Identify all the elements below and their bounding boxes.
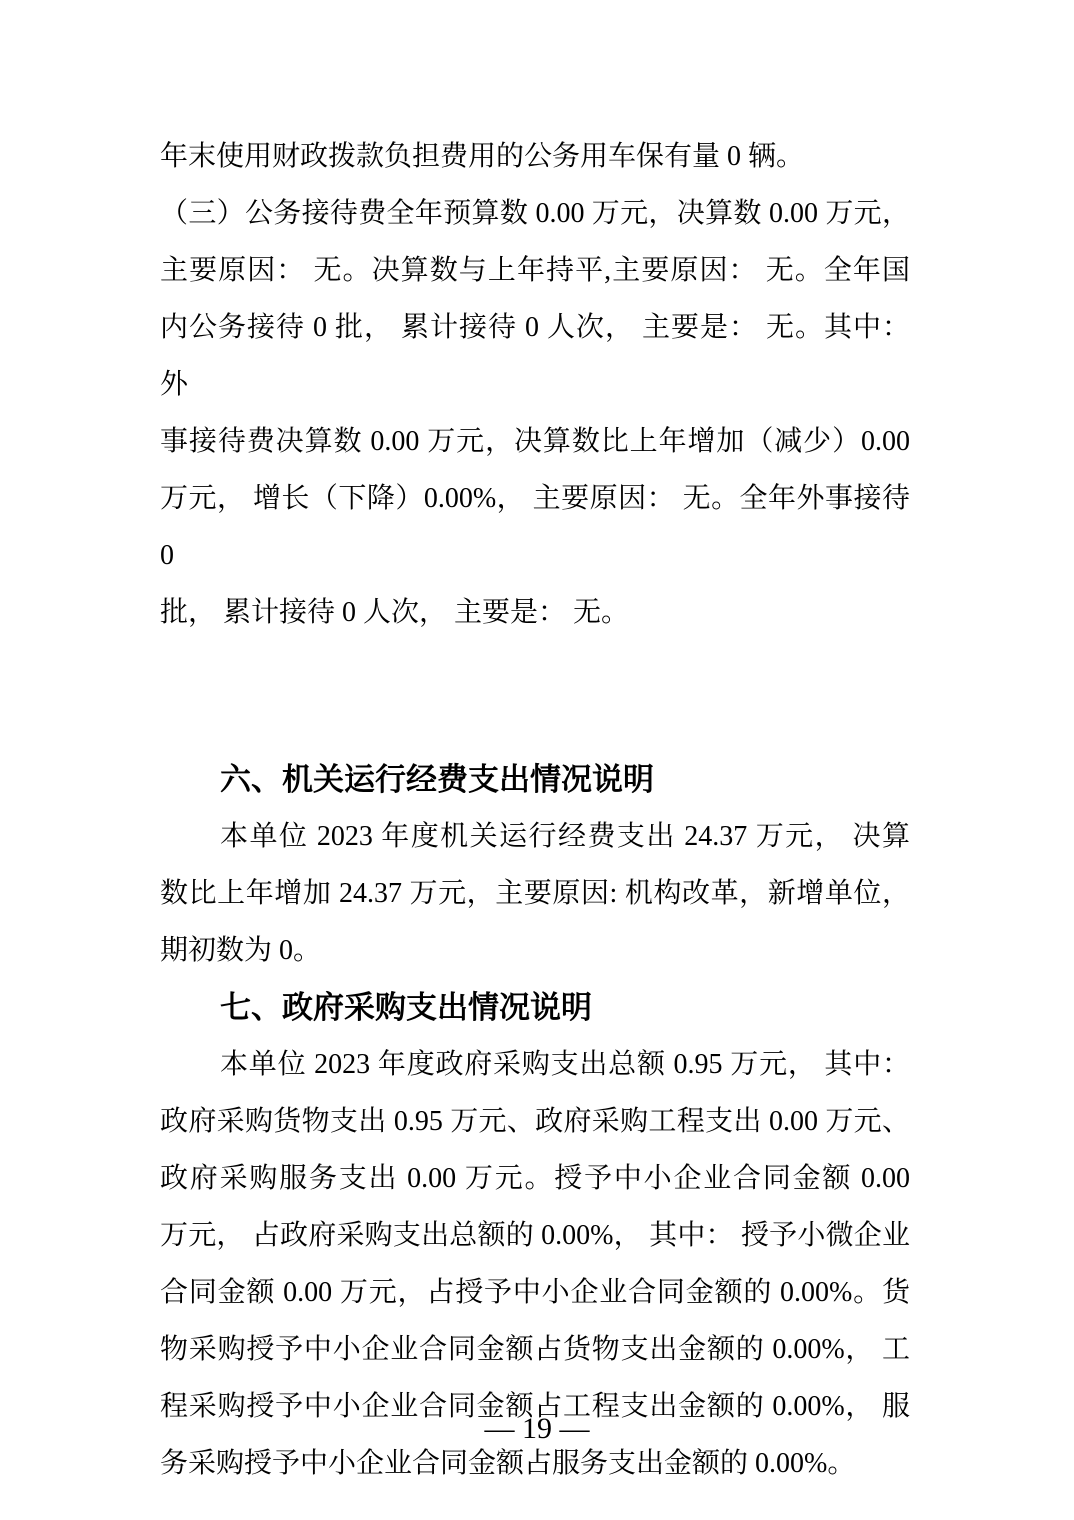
paragraph-line: 期初数为 0。 [160, 922, 910, 979]
paragraph-line: 物采购授予中小企业合同金额占货物支出金额的 0.00%， 工 [160, 1321, 910, 1378]
paragraph-line: 数比上年增加 24.37 万元，主要原因: 机构改革，新增单位， [160, 865, 910, 922]
paragraph-line: 合同金额 0.00 万元，占授予中小企业合同金额的 0.00%。货 [160, 1264, 910, 1321]
paragraph-line: 万元， 占政府采购支出总额的 0.00%， 其中： 授予小微企业 [160, 1207, 910, 1264]
blank-lines-spacer [160, 641, 910, 751]
paragraph-line: 政府采购货物支出 0.95 万元、政府采购工程支出 0.00 万元、 [160, 1093, 910, 1150]
paragraph-line: 批， 累计接待 0 人次， 主要是： 无。 [160, 584, 910, 641]
paragraph-line: 万元， 增长（下降）0.00%， 主要原因： 无。全年外事接待 0 [160, 470, 910, 584]
paragraph-line: 主要原因： 无。决算数与上年持平,主要原因： 无。全年国 [160, 242, 910, 299]
paragraph-line: 年末使用财政拨款负担费用的公务用车保有量 0 辆。 [160, 128, 910, 185]
document-body: 年末使用财政拨款负担费用的公务用车保有量 0 辆。 （三）公务接待费全年预算数 … [160, 128, 910, 1492]
paragraph-line: 本单位 2023 年度政府采购支出总额 0.95 万元， 其中： [160, 1036, 910, 1093]
section-heading-6: 六、机关运行经费支出情况说明 [160, 751, 910, 808]
paragraph-line: 政府采购服务支出 0.00 万元。授予中小企业合同金额 0.00 [160, 1150, 910, 1207]
document-page: 年末使用财政拨款负担费用的公务用车保有量 0 辆。 （三）公务接待费全年预算数 … [0, 0, 1074, 1520]
paragraph-line: （三）公务接待费全年预算数 0.00 万元，决算数 0.00 万元， [160, 185, 910, 242]
section-heading-7: 七、政府采购支出情况说明 [160, 979, 910, 1036]
page-number: — 19 — [0, 1400, 1074, 1457]
paragraph-line: 本单位 2023 年度机关运行经费支出 24.37 万元， 决算 [160, 808, 910, 865]
paragraph-line: 事接待费决算数 0.00 万元，决算数比上年增加（减少）0.00 [160, 413, 910, 470]
paragraph-line: 内公务接待 0 批， 累计接待 0 人次， 主要是： 无。其中： 外 [160, 299, 910, 413]
